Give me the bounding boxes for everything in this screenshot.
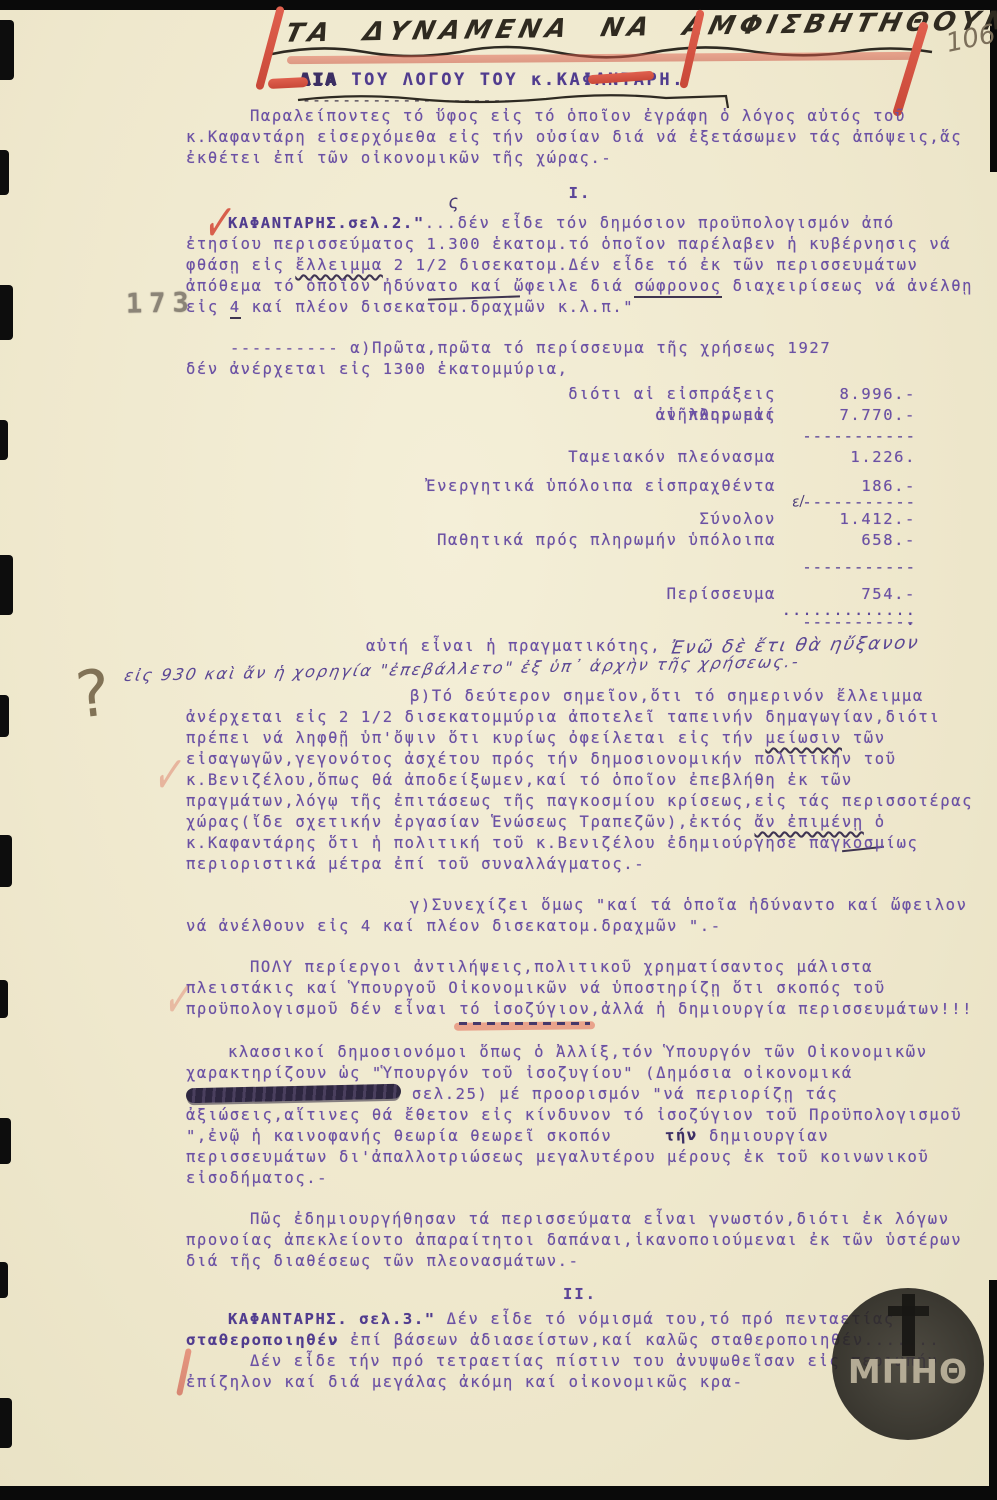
scan-edge-nub [0, 1262, 8, 1298]
scan-edge-nub [0, 980, 8, 1018]
table-row: Παθητικά πρός πληρωμήν ὑπόλοιπα658.- [256, 530, 916, 551]
paragraph-point-b: β)Τό δεύτερον σημεῖον,ὅτι τό σημερινόν ἔ… [186, 686, 974, 875]
financial-table: διότι αἱ εἰσπράξεις ἀνῆλθον εἰς8.996.- α… [256, 384, 916, 629]
handwritten-note-line2: εἰς 930 καὶ ἄν ἡ χορηγία "ἐπεβάλλετο" ἐξ… [123, 652, 802, 685]
handwritten-overwrite: τήν [623, 1125, 698, 1149]
document-page: ΤΑ ΔΥΝΑΜΕΝΑ ΝΑ ΑΜΦΙΣΒΗΤΗΘΟΥΝ ΣΗΜΕΙΑ 106 … [0, 0, 997, 1500]
table-row: διότι αἱ εἰσπράξεις ἀνῆλθον εἰς8.996.- [256, 384, 916, 405]
paragraph-pos-edimiourgithisan: Πῶς ἐδημιουργήθησαν τά περισσεύματα εἶνα… [186, 1209, 974, 1272]
table-separator: ----------- [256, 617, 916, 629]
scan-edge-nub [0, 1118, 11, 1164]
underlined-phrase: ἄν ἐπιμένῃ [754, 813, 863, 831]
underlined-word: μείωσιν [765, 729, 842, 747]
table-separator: ----------- [256, 426, 916, 447]
scan-edge-nub [0, 150, 9, 195]
faint-checkmark: ✓ [151, 746, 188, 806]
interlinear-note: αὐτή εἶναι ἡ πραγματικότης, Ἐνῶ δὲ ἔτι θ… [186, 635, 974, 657]
underlined-word: σώφρονος [634, 277, 721, 298]
speaker-name: ΚΑΦΑΝΤΑΡΗΣ.σελ.2." [228, 214, 425, 232]
paragraph-kafantaris-quote: ΚΑΦΑΝΤΑΡΗΣ.σελ.2."...δέν εἶδε τόν δημόσι… [186, 213, 974, 318]
point-a-line2: δέν ἀνέρχεται εἰς 1300 ἑκατομμύρια, [186, 359, 974, 380]
watermark-label: ΜΠΗΘ [848, 1352, 968, 1391]
scan-edge-nub [0, 1398, 12, 1448]
table-separator: ----------- [256, 497, 916, 509]
red-underlined-phrase: τό ἰσοζύγιον [459, 1000, 590, 1018]
archive-watermark-stamp: ΜΠΗΘ [832, 1288, 984, 1440]
scribbled-out-text [186, 1084, 401, 1103]
underlined-number: 4 [230, 298, 241, 319]
watermark-emblem-crossbar [888, 1306, 929, 1316]
watermark-emblem-bar [902, 1294, 915, 1356]
speaker-name: ΚΑΦΑΝΤΑΡΗΣ. σελ.3." [228, 1310, 436, 1328]
scan-edge-nub [0, 695, 9, 737]
table-row: Σύνολον1.412.- [256, 509, 916, 530]
scan-edge-right-bottom [989, 1280, 997, 1486]
typed-note: αὐτή εἶναι ἡ πραγματικότης, [366, 637, 661, 655]
section-heading-2: ΙΙ. [186, 1284, 974, 1305]
point-a-line1: ---------- α)Πρῶτα,πρῶτα τό περίσσευμα τ… [186, 338, 974, 359]
paragraph-poly-periergoi: ΠΟΛΥ περίεργοι ἀντιλήψεις,πολιτικοῦ χρημ… [186, 957, 974, 1020]
table-row: Ταμειακόν πλεόνασμα1.226. [256, 447, 916, 468]
overstruck-word: σταθεροποιηθέν [186, 1331, 339, 1349]
table-row: αἱ πληρωμαί7.770.- [256, 405, 916, 426]
scan-edge-nub [0, 555, 13, 615]
scan-edge-nub [0, 285, 13, 340]
scan-edge-bottom [0, 1486, 997, 1500]
paragraph-point-c: γ)Συνεχίζει ὅμως "καί τά ὁποῖα ἠδύναντο … [186, 895, 974, 937]
underlined-word: ἔλλειμμα [295, 256, 382, 274]
scan-edge-nub [0, 835, 12, 887]
pencil-question-mark: ? [72, 656, 114, 733]
section-heading-1: Ι. [186, 183, 974, 204]
paragraph-intro: Παραλείποντες τό ὕφος εἰς τό ὁποῖον ἐγρά… [186, 106, 974, 169]
scan-edge-nub [0, 20, 14, 80]
paragraph-klassikoi: κλασσικοί δημοσιονόμοι ὅπως ὁ Ἀλλίξ,τόν … [186, 1042, 974, 1189]
table-separator: ----------- [256, 557, 916, 578]
scan-edge-nub [0, 420, 8, 460]
typed-body: Παραλείποντες τό ὕφος εἰς τό ὁποῖον ἐγρά… [186, 106, 974, 1393]
